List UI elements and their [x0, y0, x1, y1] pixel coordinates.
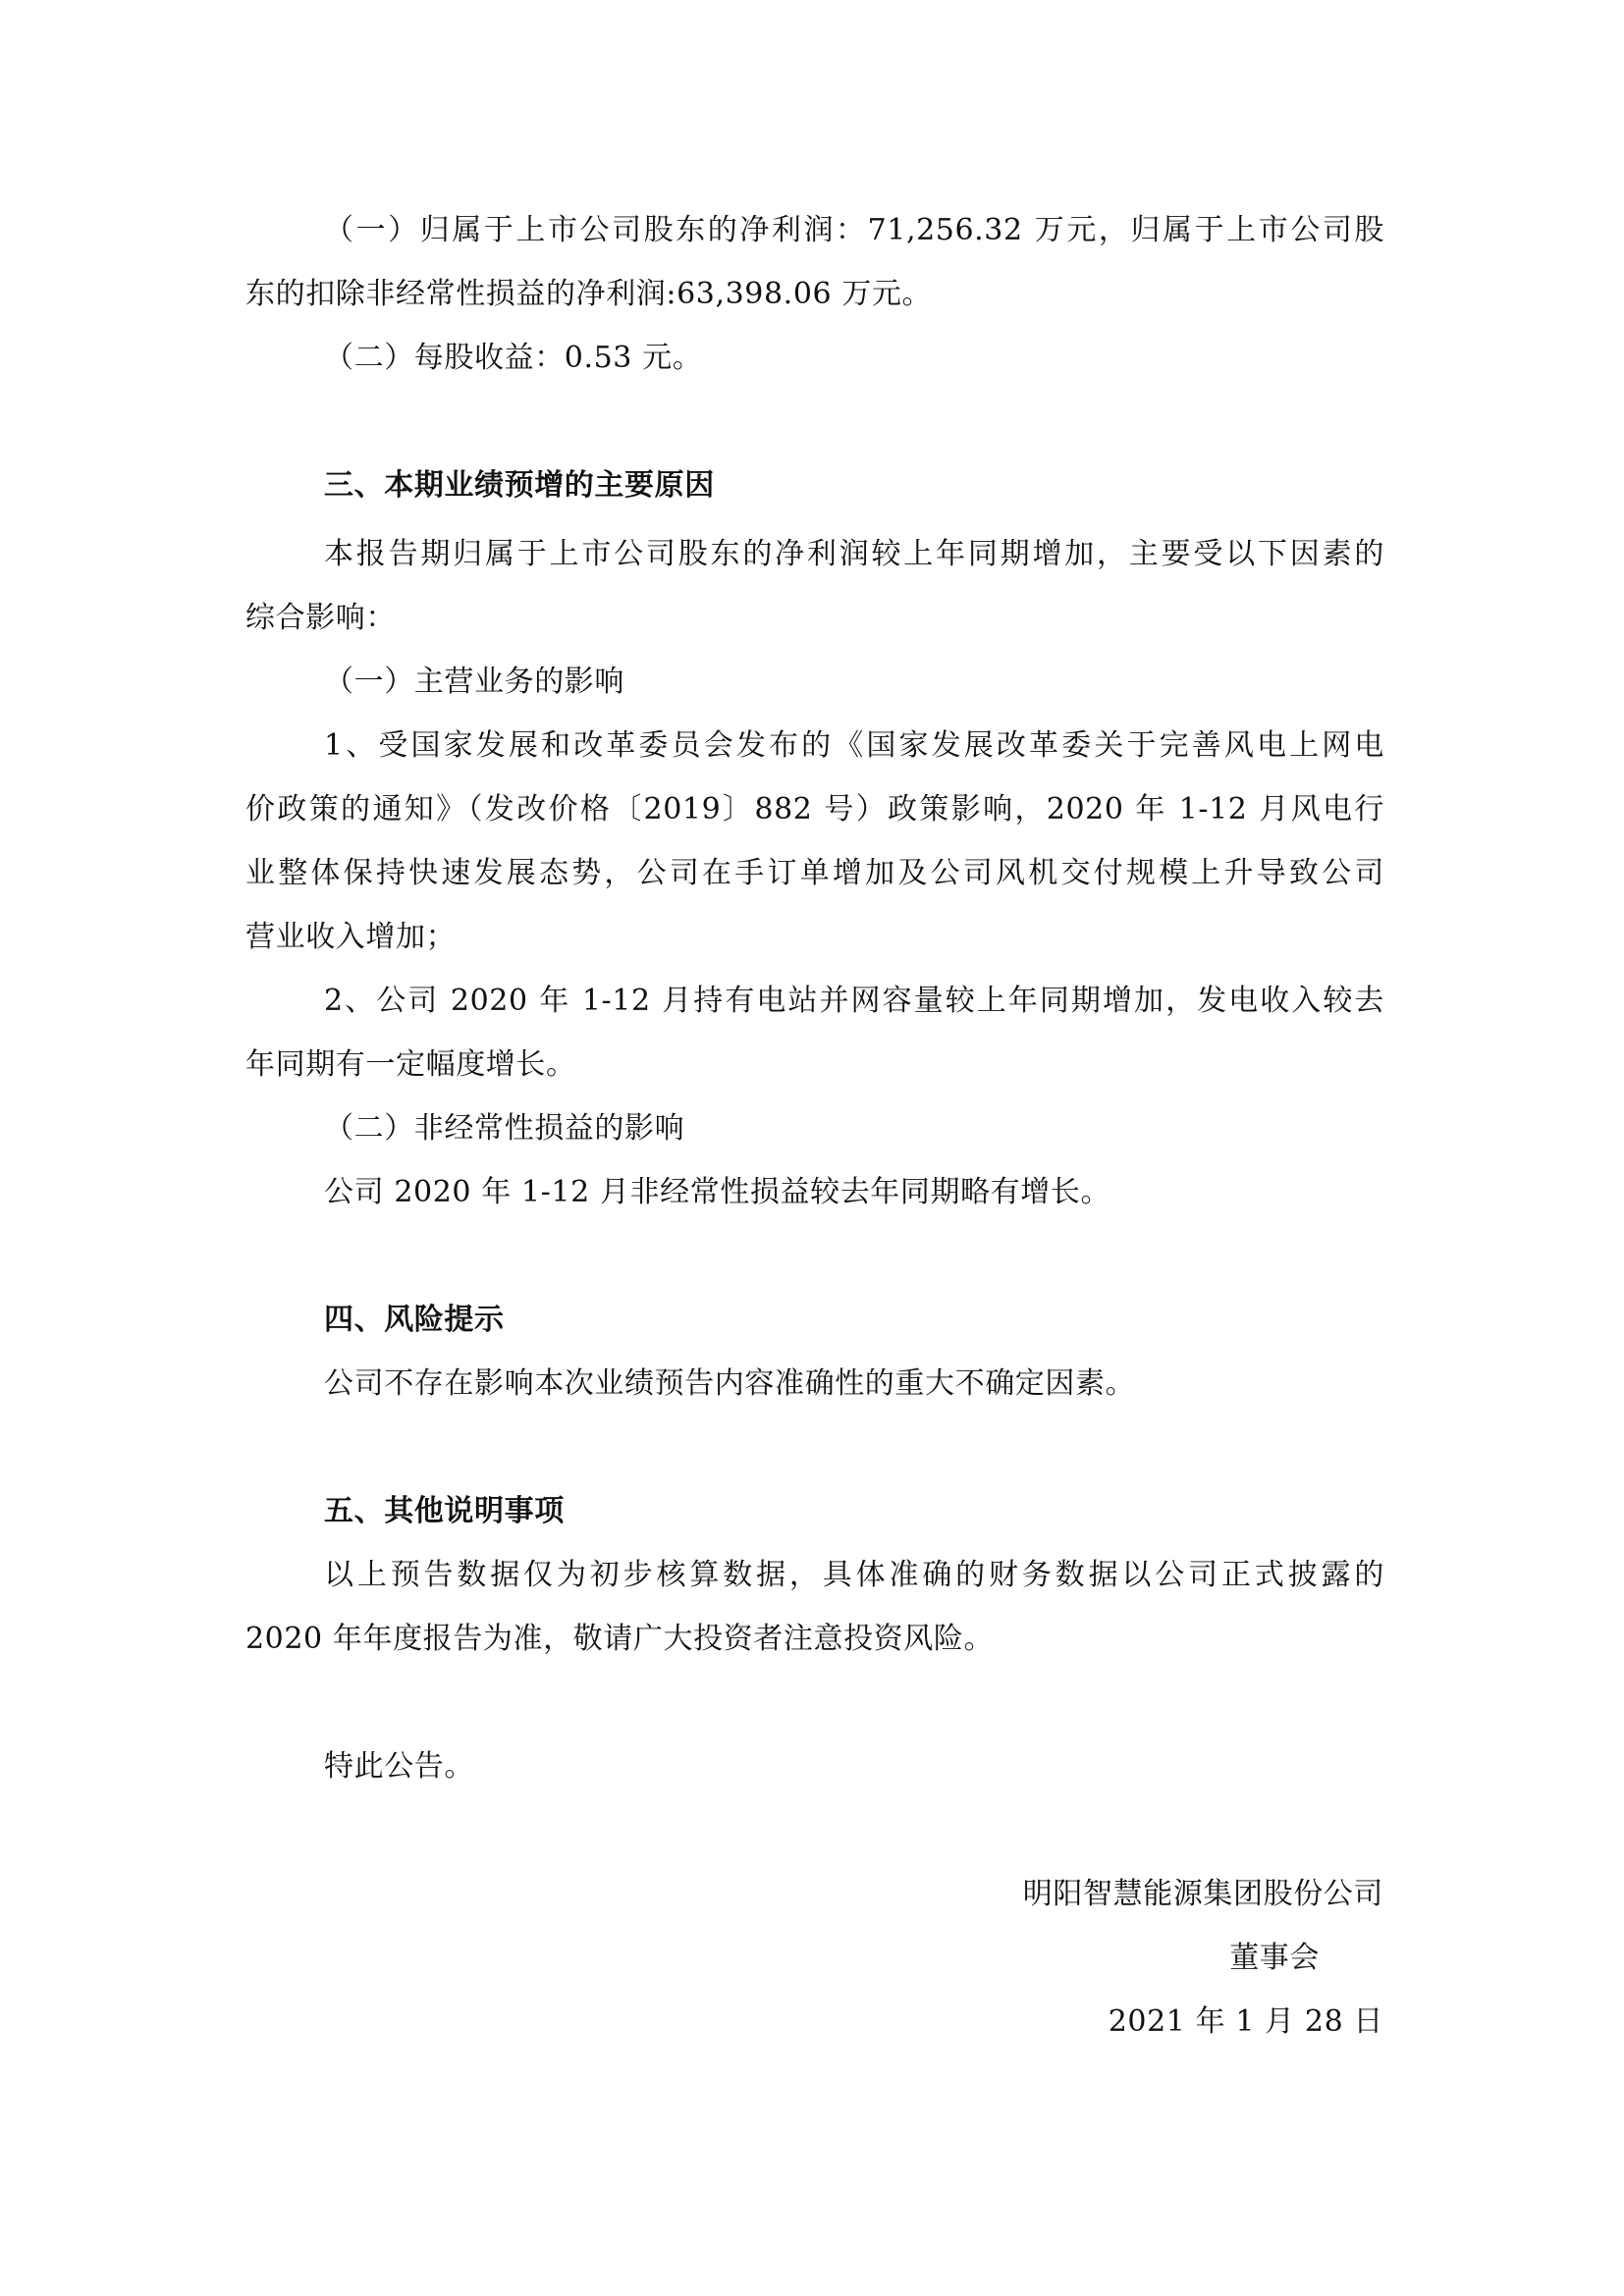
point1-line-1: 1、受国家发展和改革委员会发布的《国家发展改革委关于完善风电上网电	[324, 726, 1384, 766]
signature-board: 董事会	[1229, 1939, 1320, 1978]
section-three-intro-1: 本报告期归属于上市公司股东的净利润较上年同期增加，主要受以下因素的	[324, 535, 1384, 574]
point1-line-3: 业整体保持快速发展态势，公司在手订单增加及公司风机交付规模上升导致公司	[245, 854, 1384, 893]
point2-line-1: 2、公司 2020 年 1-12 月持有电站并网容量较上年同期增加，发电收入较去	[324, 982, 1384, 1021]
non-recurring-text: 公司 2020 年 1-12 月非经常性损益较去年同期略有增长。	[324, 1173, 1384, 1212]
signature-company: 明阳智慧能源集团股份公司	[1023, 1875, 1383, 1914]
net-profit-line-1: （一）归属于上市公司股东的净利润：71,256.32 万元，归属于上市公司股	[324, 211, 1384, 250]
closing-statement: 特此公告。	[324, 1747, 1384, 1787]
section-five-heading: 五、其他说明事项	[324, 1492, 1463, 1531]
section-four-heading: 四、风险提示	[324, 1301, 1463, 1340]
signature-date: 2021 年 1 月 28 日	[1109, 2002, 1383, 2042]
point1-line-4: 营业收入增加；	[245, 918, 1384, 957]
main-business-subtitle: （一）主营业务的影响	[324, 663, 1384, 702]
other-notes-line-2: 2020 年年度报告为准，敬请广大投资者注意投资风险。	[245, 1620, 1384, 1659]
section-three-heading: 三、本期业绩预增的主要原因	[324, 466, 1463, 506]
point1-line-2: 价政策的通知》（发改价格〔2019〕882 号）政策影响，2020 年 1-12…	[245, 790, 1384, 829]
net-profit-line-2: 东的扣除非经常性损益的净利润:63,398.06 万元。	[245, 275, 1384, 314]
risk-text: 公司不存在影响本次业绩预告内容准确性的重大不确定因素。	[324, 1364, 1384, 1404]
document-page: （一）归属于上市公司股东的净利润：71,256.32 万元，归属于上市公司股 东…	[0, 0, 1624, 2296]
other-notes-line-1: 以上预告数据仅为初步核算数据，具体准确的财务数据以公司正式披露的	[324, 1556, 1384, 1595]
non-recurring-subtitle: （二）非经常性损益的影响	[324, 1109, 1384, 1148]
eps-line: （二）每股收益：0.53 元。	[324, 339, 1384, 378]
section-three-intro-2: 综合影响：	[245, 599, 1384, 638]
point2-line-2: 年同期有一定幅度增长。	[245, 1045, 1384, 1085]
